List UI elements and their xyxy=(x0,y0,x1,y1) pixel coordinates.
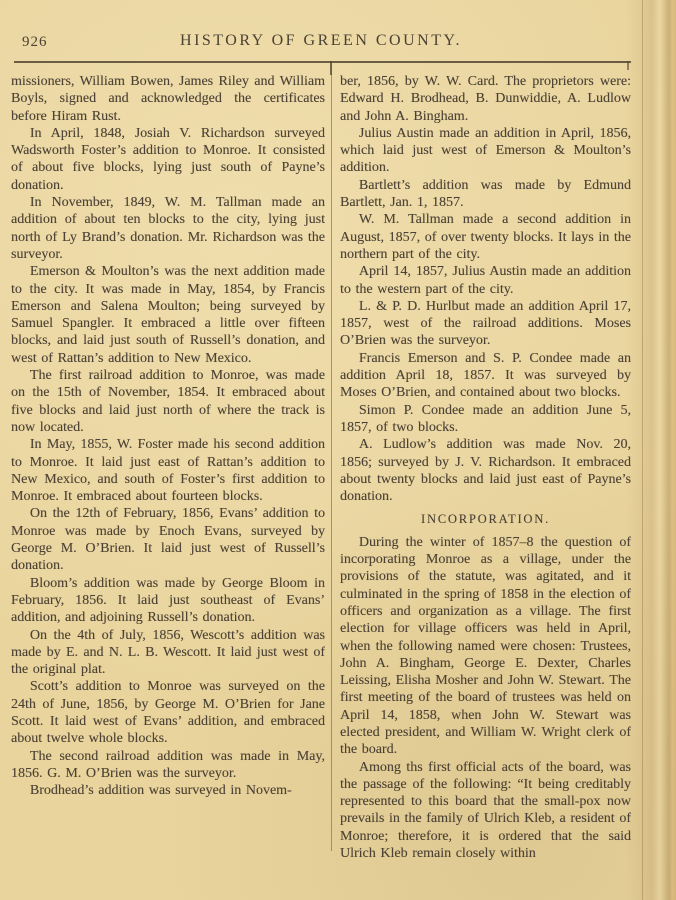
paragraph: In November, 1849, W. M. Tallman made an… xyxy=(11,194,325,263)
paragraph: W. M. Tallman made a second addition in … xyxy=(340,211,631,263)
paragraph: Among ths first official acts of the boa… xyxy=(340,759,631,863)
page-number: 926 xyxy=(22,34,48,51)
paragraph: The first railroad addition to Monroe, w… xyxy=(11,367,325,436)
paragraph: Simon P. Condee made an addition June 5,… xyxy=(340,402,631,437)
page-title: HISTORY OF GREEN COUNTY. xyxy=(10,32,632,50)
paragraph: In May, 1855, W. Foster made his second … xyxy=(11,436,325,505)
paragraph: Bartlett’s addition was made by Edmund B… xyxy=(340,177,631,212)
column-divider xyxy=(331,63,332,851)
paragraph: A. Ludlow’s addition was made Nov. 20, 1… xyxy=(340,436,631,505)
paragraph: Scott’s addition to Monroe was surveyed … xyxy=(11,678,325,747)
page-edge-line xyxy=(642,0,643,900)
paragraph: Julius Austin made an addition in April,… xyxy=(340,125,631,177)
paragraph: On the 4th of July, 1856, Wescott’s addi… xyxy=(11,627,325,679)
header-rule-right-tick xyxy=(627,61,629,70)
paragraph: In April, 1848, Josiah V. Richardson sur… xyxy=(11,125,325,194)
paragraph: L. & P. D. Hurlbut made an addition Apri… xyxy=(340,298,631,350)
paragraph: Brodhead’s addition was surveyed in Nove… xyxy=(11,782,325,799)
section-heading: INCORPORATION. xyxy=(340,511,631,528)
running-head: 926 HISTORY OF GREEN COUNTY. xyxy=(10,32,632,54)
paragraph: April 14, 1857, Julius Austin made an ad… xyxy=(340,263,631,298)
paragraph: Francis Emerson and S. P. Condee made an… xyxy=(340,350,631,402)
paragraph: Emerson & Moulton’s was the next additio… xyxy=(11,263,325,367)
page-edge-shadow xyxy=(626,0,676,900)
header-rule xyxy=(14,61,631,63)
scanned-book-page: { "colors": { "paper": "#e9d49d", "ink":… xyxy=(0,0,676,900)
right-column: ber, 1856, by W. W. Card. The proprietor… xyxy=(340,73,631,865)
paragraph: Bloom’s addition was made by George Bloo… xyxy=(11,575,325,627)
paragraph: On the 12th of February, 1856, Evans’ ad… xyxy=(11,505,325,574)
left-column: missioners, William Bowen, James Riley a… xyxy=(11,73,325,865)
paragraph: The second railroad addition was made in… xyxy=(11,748,325,783)
paragraph: missioners, William Bowen, James Riley a… xyxy=(11,73,325,125)
paragraph: ber, 1856, by W. W. Card. The proprietor… xyxy=(340,73,631,125)
paragraph: During the winter of 1857–8 the question… xyxy=(340,534,631,759)
